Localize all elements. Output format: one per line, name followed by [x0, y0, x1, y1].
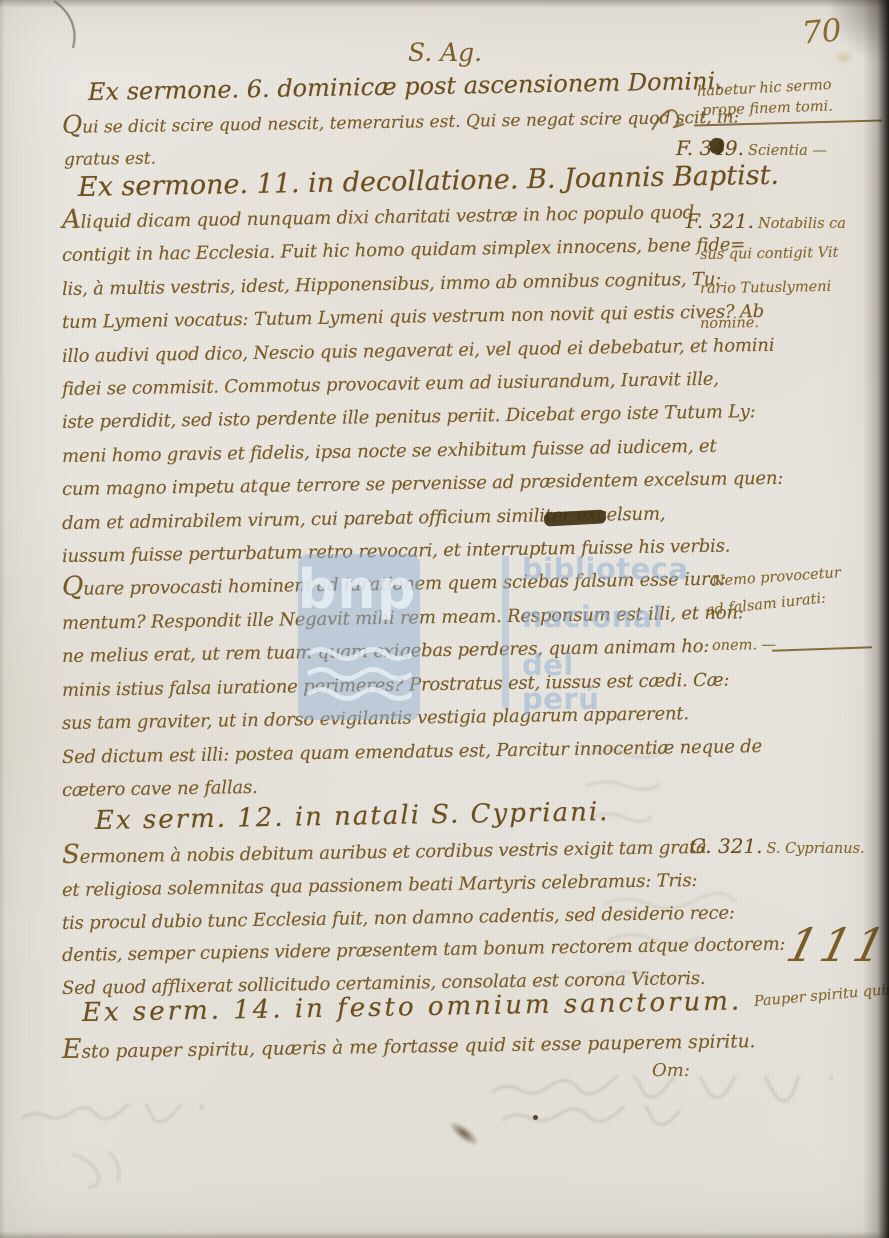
- folio-number: F. 321.: [686, 209, 754, 233]
- show-through-mark: [582, 740, 722, 836]
- margin-note-text: rario Tutuslymeni: [700, 279, 831, 297]
- paper-stain: [834, 50, 854, 65]
- show-through-mark: [598, 888, 818, 998]
- section1-line1: Qui se dicit scire quod nescit, temerari…: [62, 107, 740, 138]
- folio-keyword: Scientia —: [748, 143, 827, 159]
- margin-dash: [772, 646, 872, 651]
- show-through-mark: [498, 1106, 718, 1132]
- corner-fold-mark: [40, 0, 100, 54]
- margin-folio-ref-2: F. 321.Notabilis ca: [686, 209, 846, 233]
- scan-edge-top: [0, 0, 889, 8]
- section1-line2: gratus est.: [64, 149, 156, 170]
- show-through-mark: [62, 1146, 142, 1194]
- show-through-mark: [488, 1076, 888, 1104]
- margin-note-text: nomine.: [700, 315, 759, 332]
- scan-edge-left: [0, 0, 5, 1238]
- scan-edge-bottom: [0, 1231, 889, 1238]
- margin-note-text: sus qui contigit Vit: [700, 245, 839, 263]
- ink-dot: [533, 1115, 538, 1120]
- scan-edge-right: [863, 0, 889, 1238]
- series-heading: S. Ag.: [408, 38, 482, 67]
- section2-body: Aliquid dicam quod nunquam dixi charitat…: [62, 206, 783, 807]
- margin-folio-ref-3: G. 321.S. Cyprianus.: [690, 834, 865, 858]
- section4-line1: Esto pauper spiritu, quæris à me fortass…: [62, 1031, 756, 1063]
- margin-note-nemo-3: onem. —: [712, 637, 776, 654]
- page-number: 70: [801, 12, 843, 51]
- manuscript-page: 70 S. Ag. Ex sermone. 6. dominicæ post a…: [0, 0, 889, 1238]
- folio-keyword: S. Cyprianus.: [767, 841, 865, 857]
- ink-smudge: [446, 1117, 482, 1149]
- show-through-mark: [18, 1104, 208, 1130]
- section1-title: Ex sermone. 6. dominicæ post ascensionem…: [88, 67, 723, 106]
- margin-note-text: Notabilis ca: [758, 216, 846, 232]
- margin-folio-ref-1: F. 349.Scientia —: [676, 136, 827, 160]
- folio-number: G. 321.: [690, 834, 763, 858]
